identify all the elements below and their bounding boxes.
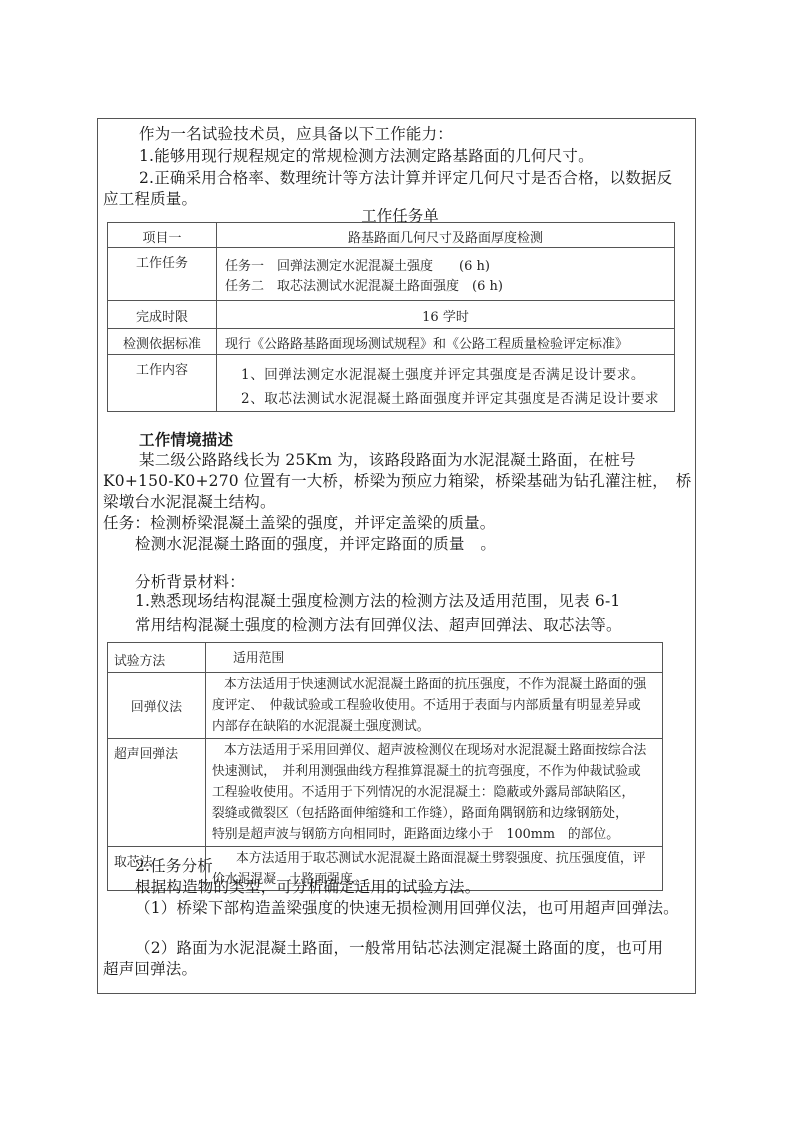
task-sheet-table: 项目一 路基路面几何尺寸及路面厚度检测 工作任务 任务一 回弹法测定水泥混凝土强… [107,222,675,412]
scope-line: 本方法适用于采用回弹仪、超声波检测仪在现场对水泥混凝土路面按综合法 [212,740,662,761]
row-label: 项目一 [108,223,217,248]
scenario-p1c: 梁墩台水泥混凝土结构。 [103,492,276,512]
method-scope: 本方法适用于采用回弹仪、超声波检测仪在现场对水泥混凝土路面按综合法 快速测试， … [206,739,663,847]
background-note: 常用结构混凝土强度的检测方法有回弹仪法、超声回弹法、取芯法等。 [135,615,622,635]
scenario-task-2: 检测水泥混凝土路面的强度，并评定路面的质量 。 [135,534,496,554]
content-item-1: 1、回弹法测定水泥混凝土强度并评定其强度是否满足设计要求。 [241,363,674,387]
analysis-item-2b: 超声回弹法。 [103,959,197,979]
method-name: 回弹仪法 [108,673,206,739]
scope-line: 工程验收使用。不适用于下列情况的水泥混凝土：隐蔽或外露局部缺陷区， [212,782,662,803]
header-scope: 适用范围 [206,643,663,673]
scope-line: 本方法适用于取芯测试水泥混凝土路面混凝土劈裂强度、抗压强度值，评 [212,848,662,869]
method-scope: 本方法适用于快速测试水泥混凝土路面的抗压强度，不作为混凝土路面的强 度评定、 仲… [206,673,663,739]
table-row: 工作任务 任务一 回弹法测定水泥混凝土强度 (6 h) 任务二 取芯法测试水泥混… [108,248,675,301]
scope-line: 内部存在缺陷的水泥混凝土强度测试。 [212,716,662,737]
analysis-heading: 2.任务分析 [135,856,213,876]
scenario-p1a: 某二级公路路线长为 25Km 为，该路段路面为水泥混凝土路面，在桩号 [139,450,636,470]
row-value: 16 学时 [217,301,675,329]
scope-line: 裂缝或微裂区（包括路面伸缩缝和工作缝），路面角隅钢筋和边缘钢筋处， [212,803,662,824]
row-label: 工作内容 [108,355,217,412]
scope-line: 特别是超声波与钢筋方向相同时，距路面边缘小于 100mm 的部位。 [212,824,662,845]
scope-line: 度评定、 仲裁试验或工程验收使用。不适用于表面与内部质量有明显差异或 [212,695,662,716]
table-row: 工作内容 1、回弹法测定水泥混凝土强度并评定其强度是否满足设计要求。 2、取芯法… [108,355,675,412]
row-value: 现行《公路路基路面现场测试规程》和《公路工程质量检验评定标准》 [217,329,675,355]
row-label: 工作任务 [108,248,217,301]
intro-line-1: 作为一名试验技术员，应具备以下工作能力： [139,124,453,144]
row-label: 完成时限 [108,301,217,329]
background-item-1: 1.熟悉现场结构混凝土强度检测方法的检测方法及适用范围，见表 6-1 [135,591,620,611]
intro-line-2: 1.能够用现行规程规定的常规检测方法测定路基路面的几何尺寸。 [139,146,594,166]
analysis-intro: 根据构造物的类型，可分析确定适用的试验方法。 [135,877,480,897]
table-row: 项目一 路基路面几何尺寸及路面厚度检测 [108,223,675,248]
content-item-2: 2、取芯法测试水泥混凝土路面强度并评定其强度是否满足设计要求 [241,387,674,411]
table-row: 超声回弹法 本方法适用于采用回弹仪、超声波检测仪在现场对水泥混凝土路面按综合法 … [108,739,663,847]
scenario-heading: 工作情境描述 [139,430,233,450]
analysis-item-1: （1）桥梁下部构造盖梁强度的快速无损检测用回弹仪法，也可用超声回弹法。 [135,898,679,918]
analysis-item-2a: （2）路面为水泥混凝土路面，一般常用钻芯法测定混凝土路面的度，也可用 [135,938,663,958]
table-row: 完成时限 16 学时 [108,301,675,329]
row-label: 检测依据标准 [108,329,217,355]
background-heading: 分析背景材料： [135,572,245,592]
table-row: 检测依据标准 现行《公路路基路面现场测试规程》和《公路工程质量检验评定标准》 [108,329,675,355]
scenario-task-1: 任务：检测桥梁混凝土盖梁的强度，并评定盖梁的质量。 [103,513,496,533]
intro-line-3a: 2.正确采用合格率、数理统计等方法计算并评定几何尺寸是否合格，以数据反 [139,168,672,188]
method-name: 超声回弹法 [108,739,206,847]
row-value: 任务一 回弹法测定水泥混凝土强度 (6 h) 任务二 取芯法测试水泥混凝土路面强… [217,248,675,301]
table-row: 回弹仪法 本方法适用于快速测试水泥混凝土路面的抗压强度，不作为混凝土路面的强 度… [108,673,663,739]
table-header-row: 试验方法 适用范围 [108,643,663,673]
scope-line: 快速测试， 并利用测强曲线方程推算混凝土的抗弯强度，不作为仲裁试验或 [212,761,662,782]
row-value: 1、回弹法测定水泥混凝土强度并评定其强度是否满足设计要求。 2、取芯法测试水泥混… [217,355,675,412]
task-two: 任务二 取芯法测试水泥混凝土路面强度 (6 h) [225,277,674,297]
scope-line: 本方法适用于快速测试水泥混凝土路面的抗压强度，不作为混凝土路面的强 [212,674,662,695]
row-value: 路基路面几何尺寸及路面厚度检测 [217,223,675,248]
task-one: 任务一 回弹法测定水泥混凝土强度 (6 h) [225,257,674,277]
scenario-p1b: K0+150-K0+270 位置有一大桥，桥梁为预应力箱梁，桥梁基础为钻孔灌注桩… [103,471,692,491]
header-method: 试验方法 [108,643,206,673]
methods-table: 试验方法 适用范围 回弹仪法 本方法适用于快速测试水泥混凝土路面的抗压强度，不作… [107,642,663,891]
